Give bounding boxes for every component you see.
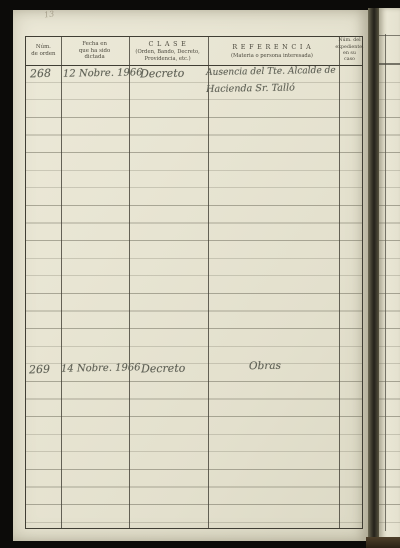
entry-269-referencia: Obras — [249, 360, 281, 373]
entry-268-referencia-line1: Ausencia del Tte. Alcalde de — [206, 65, 336, 78]
header-fecha-line1: Fecha en — [82, 41, 107, 48]
header-num-line2: de orden — [31, 51, 55, 58]
header-clase-title: C L A S E — [149, 40, 187, 48]
book-binding-corner — [366, 537, 400, 548]
entry-269-clase: Decreto — [141, 362, 186, 376]
entry-268-clase: Decreto — [140, 67, 185, 81]
header-cell-referencia: R E F E R E N C I A (Materia o persona i… — [207, 37, 337, 65]
header-cell-fecha: Fecha en que ha sido dictada — [61, 37, 129, 65]
scanned-register-page: 13 Núm. de orden Fecha en que ha sido di… — [13, 10, 368, 541]
next-page-header-line-top — [379, 35, 400, 36]
pencil-folio-note: 13 — [43, 9, 54, 19]
header-cell-num-orden: Núm. de orden — [26, 37, 61, 65]
ruled-row-lines — [26, 65, 362, 528]
register-table: Núm. de orden Fecha en que ha sido dicta… — [25, 36, 363, 529]
header-clase-subtitle: (Orden, Bando, Decreto, Providencia, etc… — [128, 49, 207, 62]
column-divider-1 — [61, 37, 62, 528]
next-page-row-lines — [379, 65, 400, 527]
header-fecha-line2: que ha sido — [79, 48, 110, 55]
header-fecha-line3: dictada — [84, 54, 104, 61]
entry-268-referencia-line2: Hacienda Sr. Talló — [206, 82, 295, 95]
entry-269-num: 269 — [29, 363, 50, 377]
book-gutter-shadow — [368, 8, 379, 541]
table-header-row: Núm. de orden Fecha en que ha sido dicta… — [26, 37, 362, 66]
column-divider-4 — [339, 37, 340, 528]
header-cell-expediente: Núm. del expediente, en su caso — [337, 37, 362, 65]
column-divider-3 — [208, 37, 209, 528]
entry-268-fecha: 12 Nobre. 1966 — [63, 67, 143, 79]
entry-269-fecha: 14 Nobre. 1966 — [61, 362, 141, 374]
header-referencia-subtitle: (Materia o persona interesada) — [228, 53, 316, 60]
header-expediente-line3: en su caso — [337, 51, 362, 64]
column-divider-2 — [129, 37, 130, 528]
header-referencia-title: R E F E R E N C I A — [232, 43, 311, 51]
next-page-edge — [379, 8, 400, 541]
header-cell-clase: C L A S E (Orden, Bando, Decreto, Provid… — [128, 37, 207, 65]
header-num-line1: Núm. — [36, 44, 51, 51]
entry-268-num: 268 — [30, 67, 51, 81]
